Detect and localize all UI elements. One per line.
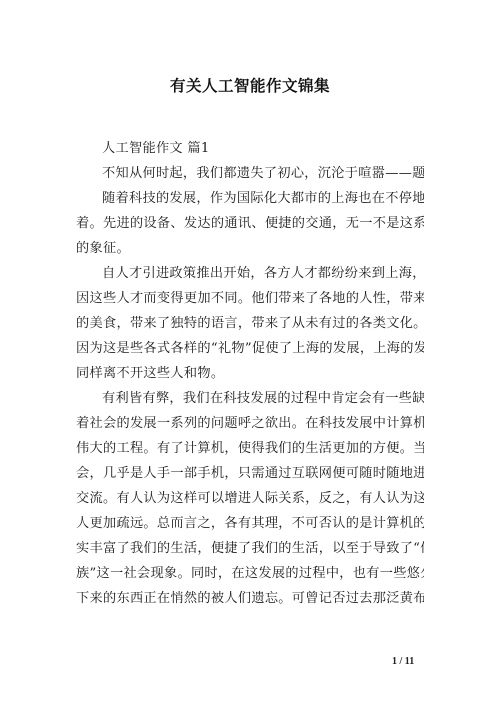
paragraph-line: 的象征。 [76, 236, 424, 261]
paragraph-line: 下来的东西正在悄然的被人们遗忘。可曾记否过去那泛黄布有皱痕 [76, 586, 424, 611]
paragraph-line: 人更加疏远。总而言之，各有其理，不可否认的是计算机的诞生着 [76, 511, 424, 536]
epigraph-line: 不知从何时起，我们都遗失了初心，沉沦于喧嚣——题记 [76, 161, 424, 186]
paragraph-line: 的美食，带来了独特的语言，带来了从未有过的各类文化。也正是 [76, 311, 424, 336]
paragraph-line: 有利皆有弊，我们在科技发展的过程中肯定会有一些缺陷，随 [76, 386, 424, 411]
paragraph-line: 会，几乎是人手一部手机，只需通过互联网便可随时随地进行沟通 [76, 461, 424, 486]
paragraph-line: 实丰富了我们的生活，便捷了我们的生活，以至于导致了“低头 [76, 536, 424, 561]
paragraph-line: 因为这是些各式各样的“礼物”促使了上海的发展，上海的发展也 [76, 336, 424, 361]
paragraph-line: 随着科技的发展，作为国际化大都市的上海也在不停地变化 [76, 186, 424, 211]
paragraph-line: 自人才引进政策推出开始，各方人才都纷纷来到上海，上海也 [76, 261, 424, 286]
paragraph-line: 族”这一社会现象。同时，在这发展的过程中，也有一些悠久流传 [76, 561, 424, 586]
section-heading: 人工智能作文 篇1 [76, 136, 424, 161]
paragraph-line: 着社会的发展一系列的问题呼之欲出。在科技发展中计算机是一项 [76, 411, 424, 436]
paragraph-line: 交流。有人认为这样可以增进人际关系，反之，有人认为这只会让 [76, 486, 424, 511]
paragraph-line: 伟大的工程。有了计算机，使得我们的生活更加的方便。当今社 [76, 436, 424, 461]
paragraph-line: 同样离不开这些人和物。 [76, 361, 424, 386]
paragraph-line: 着。先进的设备、发达的通讯、便捷的交通，无一不是这系列变化 [76, 211, 424, 236]
paragraph-line: 因这些人才而变得更加不同。他们带来了各地的人性，带来了新颖 [76, 286, 424, 311]
document-body: 人工智能作文 篇1 不知从何时起，我们都遗失了初心，沉沦于喧嚣——题记 随着科技… [76, 136, 424, 611]
document-title: 有关人工智能作文锦集 [0, 74, 500, 96]
page-number: 1 / 11 [392, 656, 414, 667]
